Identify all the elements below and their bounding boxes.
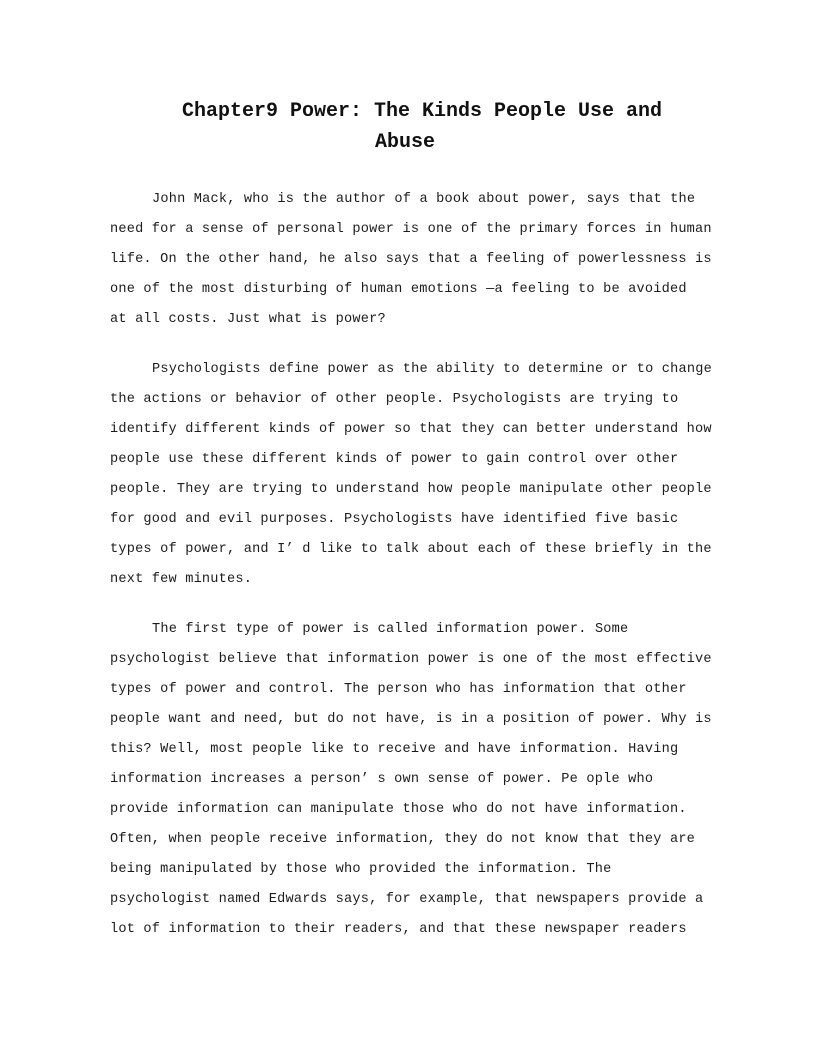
text-line: psychologist named Edwards says, for exa… (110, 885, 700, 915)
text-line: types of power, and I’ d like to talk ab… (110, 535, 700, 565)
text-line: the actions or behavior of other people.… (110, 385, 700, 415)
text-line: one of the most disturbing of human emot… (110, 275, 700, 305)
paragraph-1: John Mack, who is the author of a book a… (110, 185, 700, 335)
text-line: provide information can manipulate those… (110, 795, 700, 825)
text-line: life. On the other hand, he also says th… (110, 245, 700, 275)
text-line: next few minutes. (110, 565, 700, 595)
text-line: at all costs. Just what is power? (110, 305, 700, 335)
document-page: Chapter9 Power: The Kinds People Use and… (0, 0, 816, 1056)
text-line: lot of information to their readers, and… (110, 915, 700, 945)
text-line: John Mack, who is the author of a book a… (110, 185, 700, 215)
text-line: people want and need, but do not have, i… (110, 705, 700, 735)
text-line: Often, when people receive information, … (110, 825, 700, 855)
paragraph-3: The first type of power is called inform… (110, 615, 700, 945)
text-line: people use these different kinds of powe… (110, 445, 700, 475)
title-line: Chapter9 Power: The Kinds People Use and (110, 96, 700, 127)
text-line: people. They are trying to understand ho… (110, 475, 700, 505)
text-line: being manipulated by those who provided … (110, 855, 700, 885)
title-line: Abuse (110, 127, 700, 158)
document-title: Chapter9 Power: The Kinds People Use and… (110, 96, 700, 158)
text-line: psychologist believe that information po… (110, 645, 700, 675)
text-line: identify different kinds of power so tha… (110, 415, 700, 445)
text-line: for good and evil purposes. Psychologist… (110, 505, 700, 535)
text-line: types of power and control. The person w… (110, 675, 700, 705)
text-line: this? Well, most people like to receive … (110, 735, 700, 765)
text-line: need for a sense of personal power is on… (110, 215, 700, 245)
text-line: information increases a person’ s own se… (110, 765, 700, 795)
paragraph-2: Psychologists define power as the abilit… (110, 355, 700, 595)
text-line: Psychologists define power as the abilit… (110, 355, 700, 385)
text-line: The first type of power is called inform… (110, 615, 700, 645)
